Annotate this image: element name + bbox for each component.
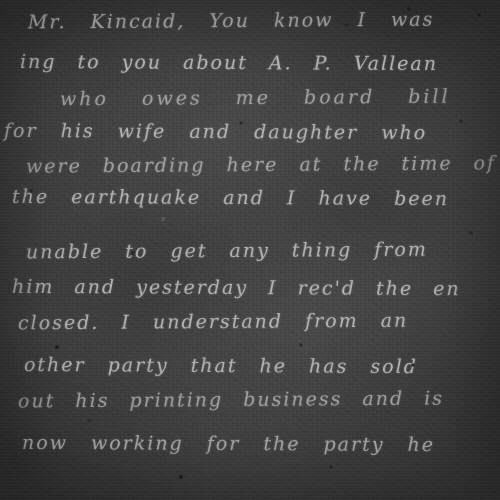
letter-line: were boarding here at the time of: [26, 152, 496, 177]
dust-specks: [0, 0, 2, 2]
letter-line: closed. I understand from an: [18, 310, 408, 335]
letter-line: the earthquake and I have been: [12, 186, 449, 210]
letter-body: Mr. Kincaid, You know I wasing to you ab…: [0, 0, 500, 500]
letter-line: ing to you about A. P. Vallean: [20, 51, 438, 75]
letter-line: now working for the party he: [22, 432, 435, 456]
letter-line: out his printing business and is: [18, 388, 444, 413]
letter-line: who owes me board bill: [60, 86, 451, 111]
letter-line: for his wife and daughter who: [4, 120, 427, 144]
letter-line: Mr. Kincaid, You know I was: [28, 9, 434, 34]
letter-line: unable to get any thing from: [26, 239, 428, 264]
letter-line: him and yesterday I rec'd the en: [12, 276, 461, 300]
letter-photo: Mr. Kincaid, You know I wasing to you ab…: [0, 0, 500, 500]
letter-line: other party that he has sold: [24, 354, 418, 378]
